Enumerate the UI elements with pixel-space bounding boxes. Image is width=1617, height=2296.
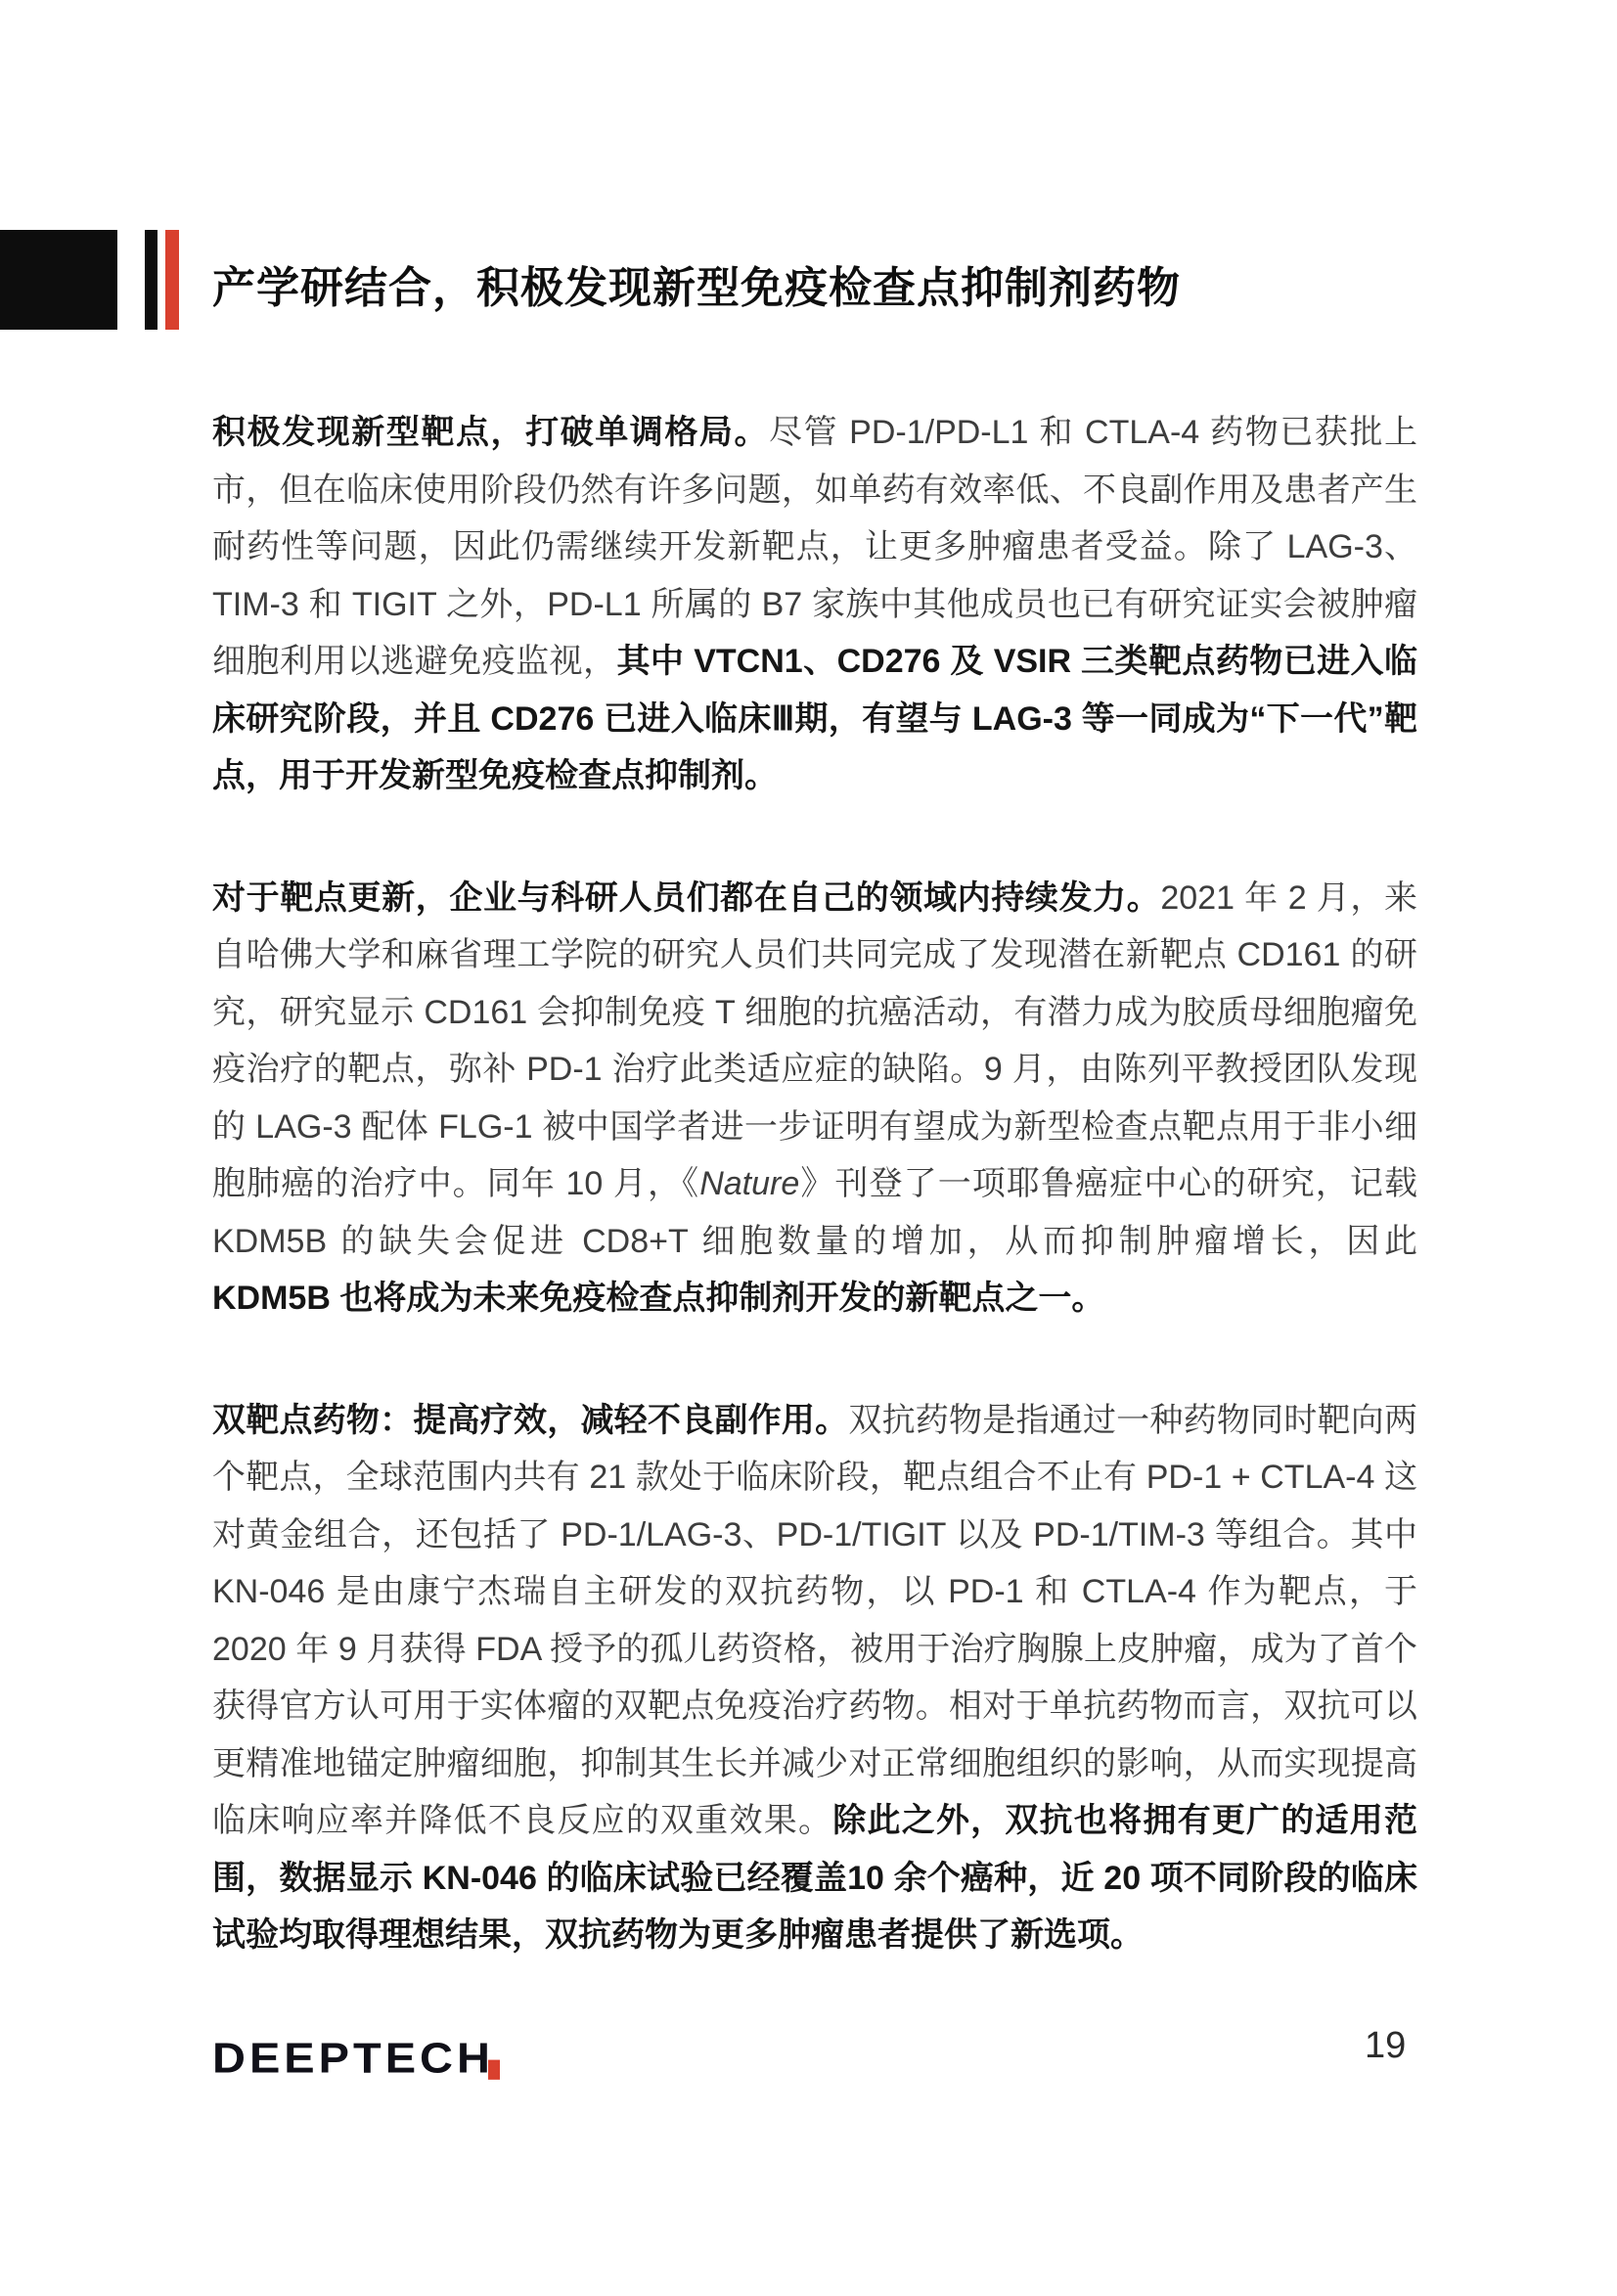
- text-segment: 尽管 PD-1/PD-L1 和 CTLA-4 药物已获批上市，但在临床使用阶段仍…: [212, 414, 1417, 680]
- text-segment: Nature: [699, 1165, 799, 1202]
- paragraph: 积极发现新型靶点，打破单调格局。尽管 PD-1/PD-L1 和 CTLA-4 药…: [212, 404, 1417, 805]
- header-black-bar: [145, 230, 157, 330]
- logo-text: DEEPTECH: [212, 2034, 494, 2082]
- paragraph: 对于靶点更新，企业与科研人员们都在自己的领域内持续发力。2021 年 2 月，来…: [212, 870, 1417, 1328]
- document-page: 产学研结合，积极发现新型免疫检查点抑制剂药物 积极发现新型靶点，打破单调格局。尽…: [0, 0, 1617, 2296]
- text-segment: 双抗药物是指通过一种药物同时靶向两个靶点，全球范围内共有 21 款处于临床阶段，…: [212, 1402, 1417, 1840]
- text-segment: 双靶点药物：提高疗效，减轻不良副作用。: [212, 1402, 848, 1439]
- article-body: 积极发现新型靶点，打破单调格局。尽管 PD-1/PD-L1 和 CTLA-4 药…: [212, 404, 1417, 1964]
- text-segment: KDM5B 也将成为未来免疫检查点抑制剂开发的新靶点之一。: [212, 1280, 1104, 1317]
- page-title: 产学研结合，积极发现新型免疫检查点抑制剂药物: [212, 252, 1181, 315]
- text-segment: 2021 年 2 月，来自哈佛大学和麻省理工学院的研究人员们共同完成了发现潜在新…: [212, 879, 1417, 1203]
- paragraph: 双靶点药物：提高疗效，减轻不良副作用。双抗药物是指通过一种药物同时靶向两个靶点，…: [212, 1392, 1417, 1964]
- header-red-bar: [165, 230, 179, 330]
- text-segment: 积极发现新型靶点，打破单调格局。: [212, 414, 769, 451]
- header-black-block: [0, 230, 117, 330]
- deeptech-logo: DEEPTECH: [212, 2033, 494, 2083]
- page-number: 19: [1365, 2025, 1406, 2067]
- logo-red-mark: [488, 2060, 500, 2080]
- text-segment: 对于靶点更新，企业与科研人员们都在自己的领域内持续发力。: [212, 879, 1160, 917]
